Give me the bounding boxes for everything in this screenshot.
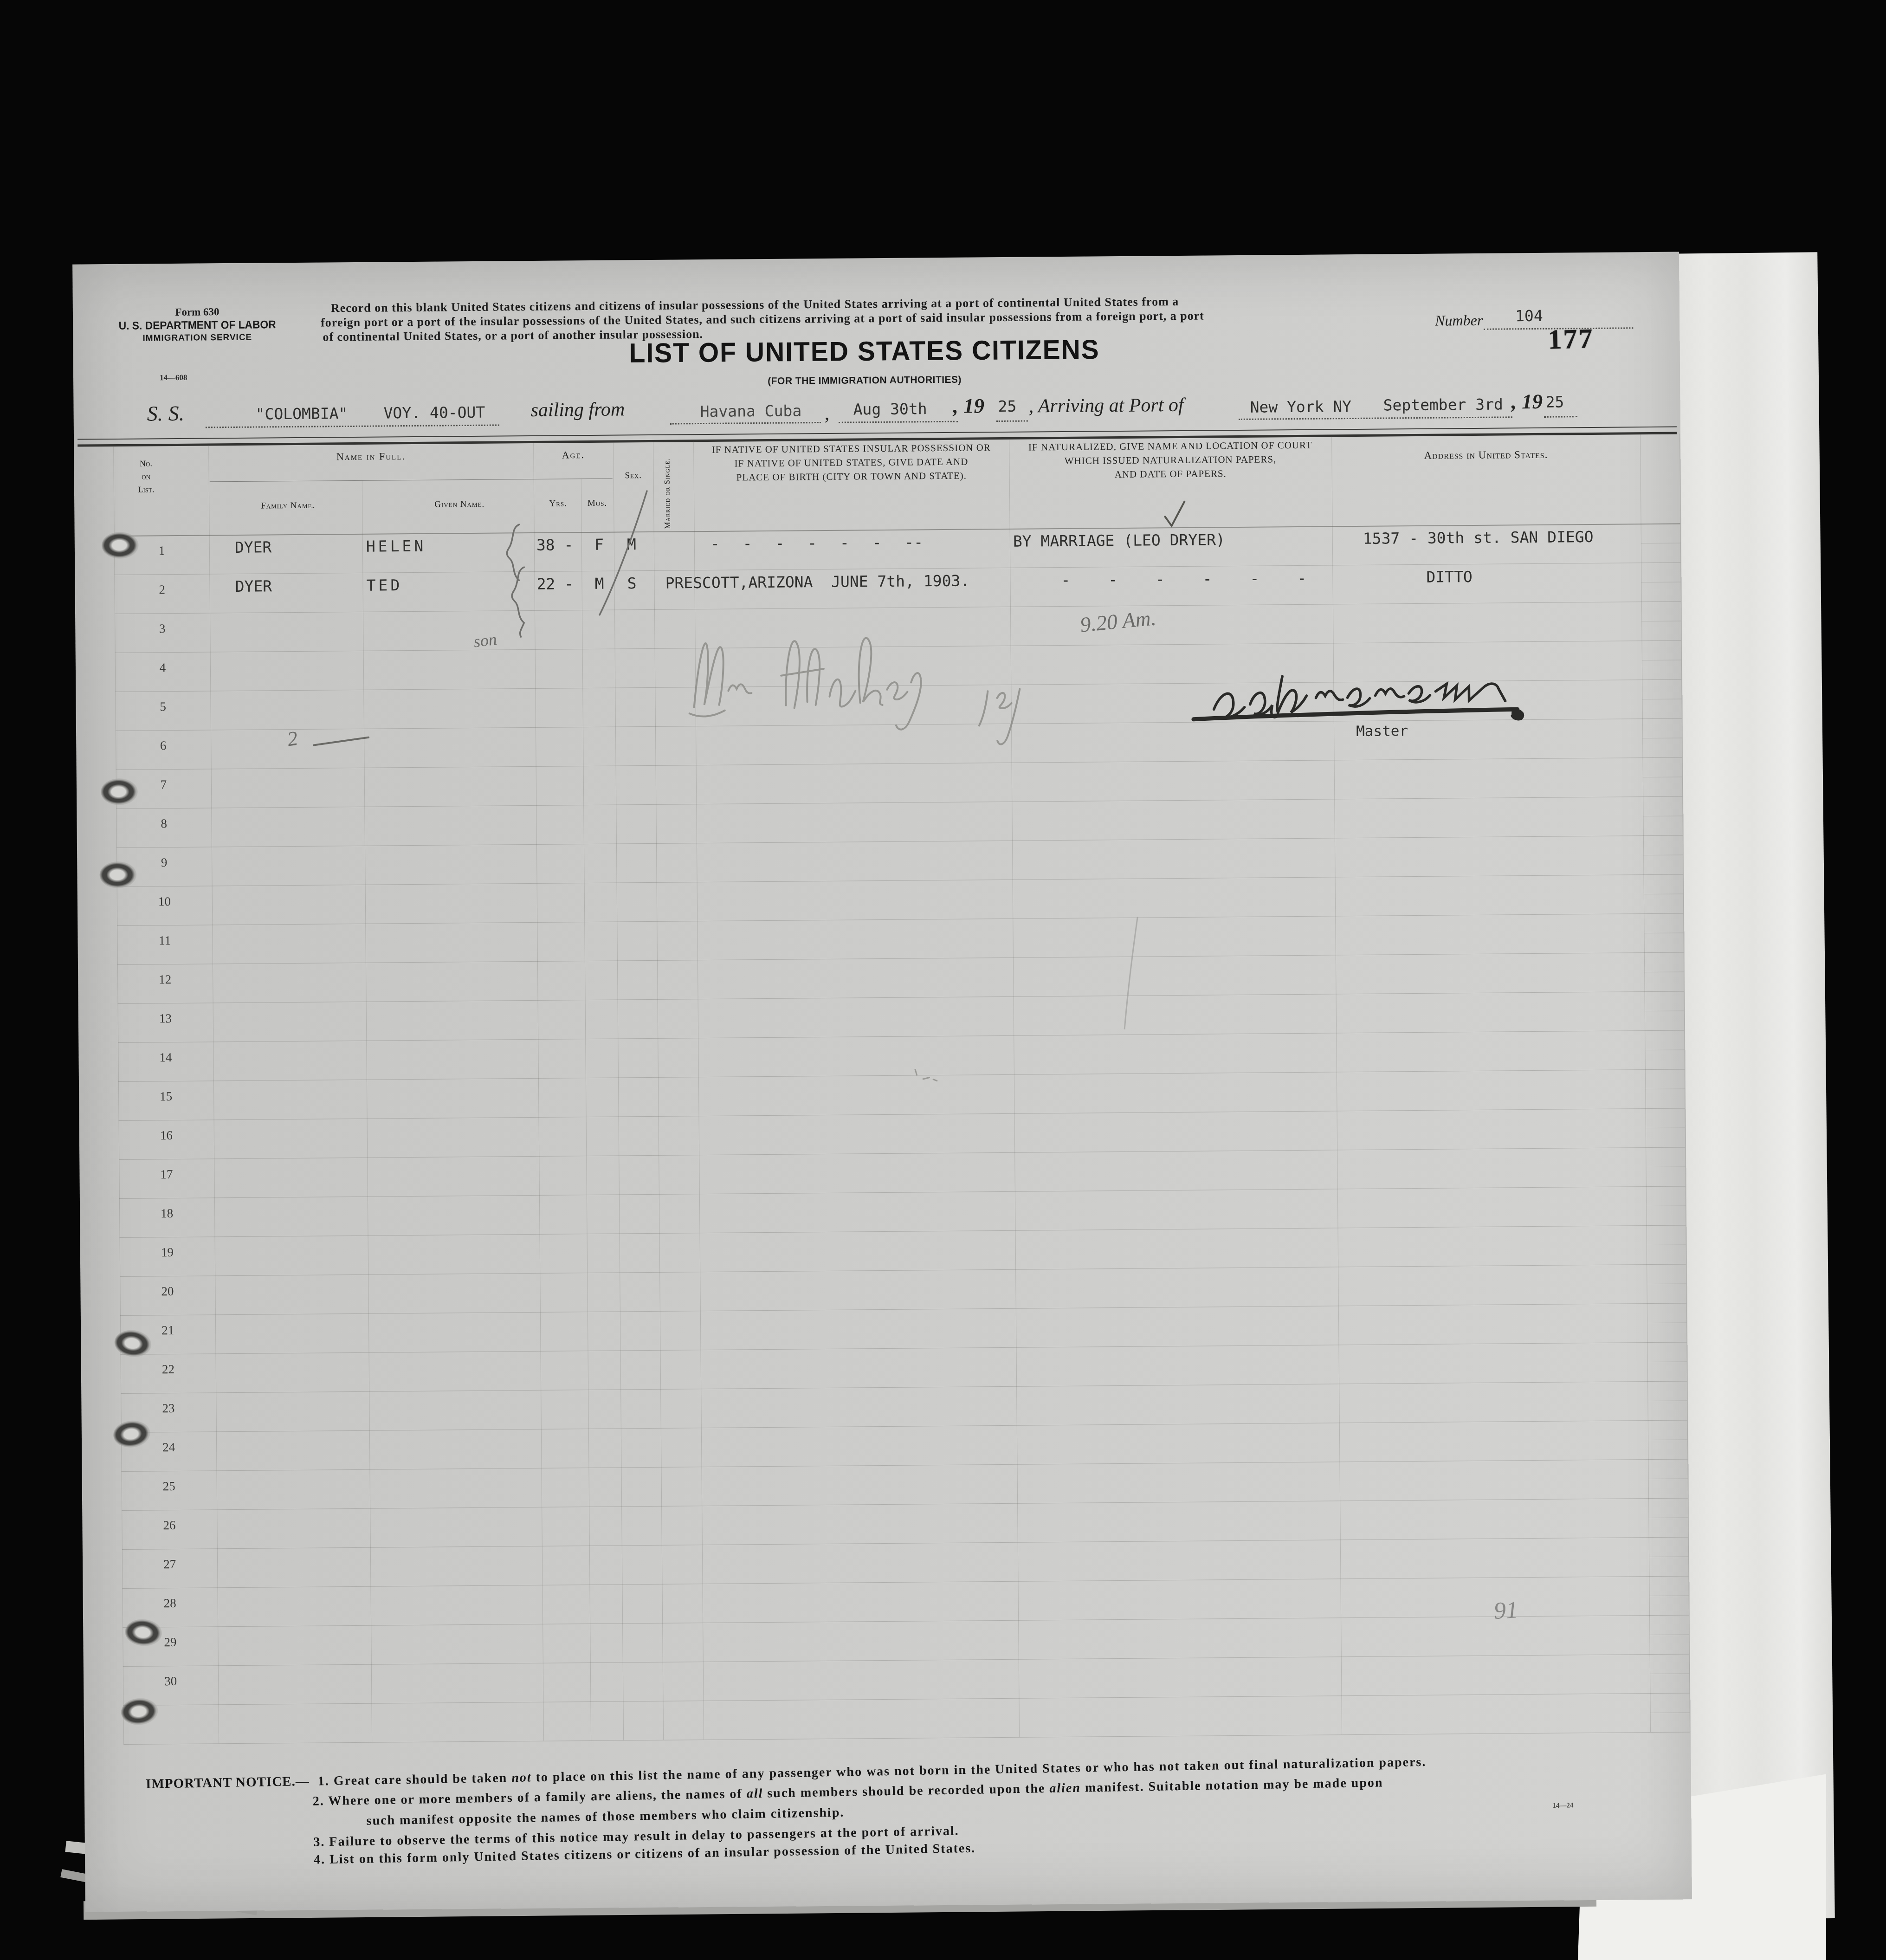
print-code-bottom: 14—24 — [1552, 1802, 1573, 1810]
notice-item-2-mid: such members should be recorded upon the — [763, 1781, 1050, 1801]
notice-label: IMPORTANT NOTICE.— — [146, 1774, 310, 1792]
notice-item-2: 2. Where one or more members of a family… — [313, 1786, 747, 1808]
notice-line-2-continuation: such manifest opposite the names of thos… — [366, 1805, 844, 1829]
notice-item-1: 1. Great care should be taken — [318, 1771, 512, 1788]
screenshot-canvas: { "agency": { "form_no": "Form 630", "de… — [0, 0, 1886, 1960]
notice-item-1-em: not — [511, 1770, 532, 1785]
notice-item-2-em: all — [747, 1786, 763, 1801]
notice-item-2-em2: alien — [1049, 1781, 1081, 1796]
important-notice-block: IMPORTANT NOTICE.—1. Great care should b… — [72, 252, 1692, 1912]
manifest-document: Form 630 U. S. DEPARTMENT OF LABOR IMMIG… — [72, 252, 1692, 1912]
notice-item-2-end: manifest. Suitable notation may be made … — [1081, 1775, 1383, 1795]
